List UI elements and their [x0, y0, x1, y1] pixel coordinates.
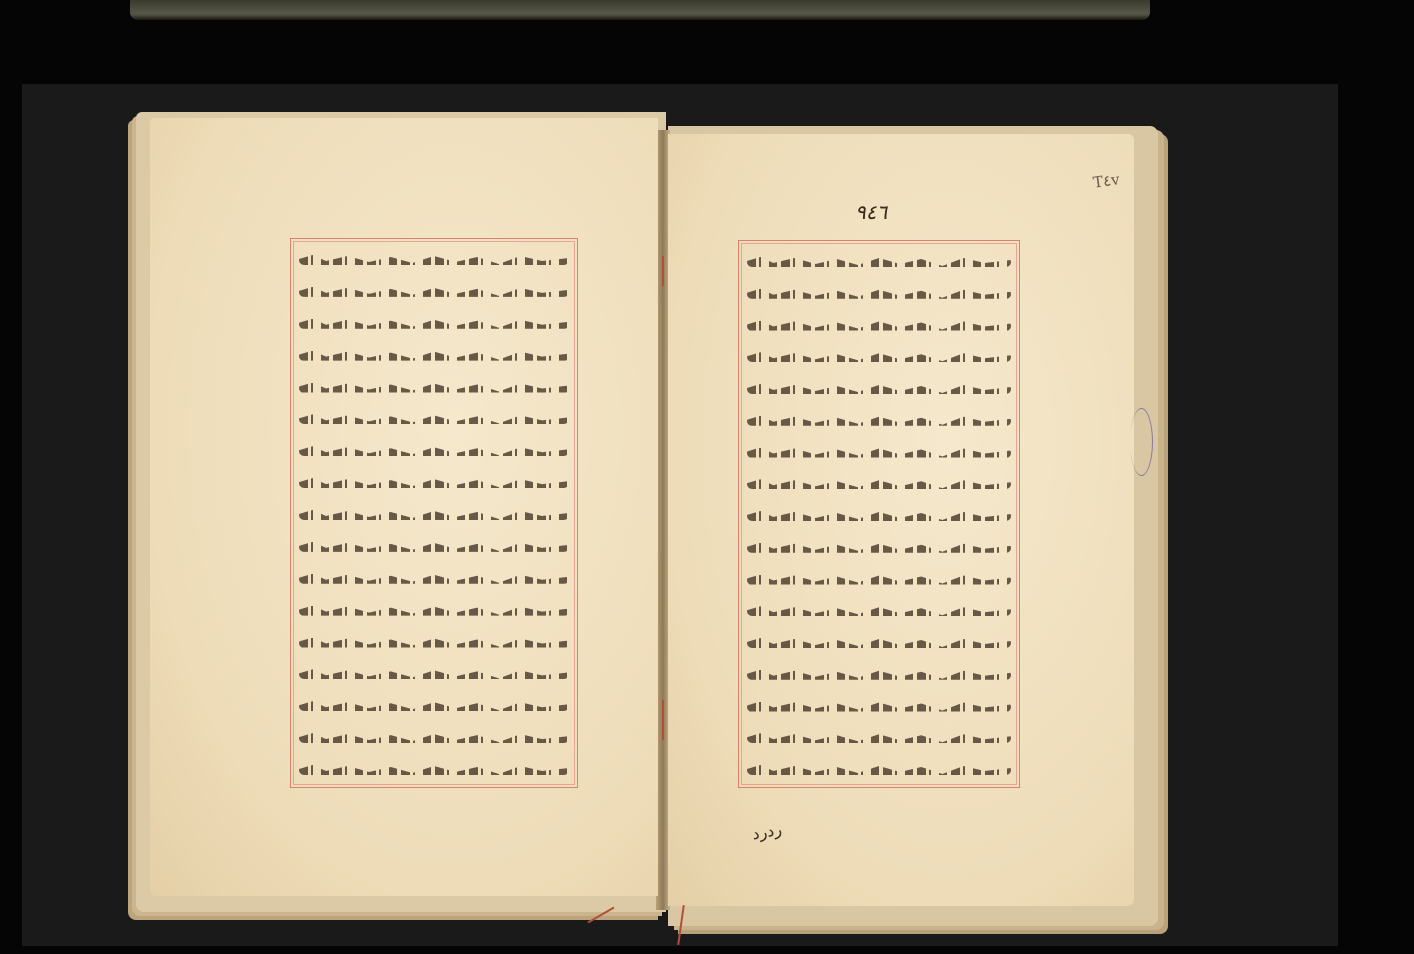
manuscript-line: 〰: [747, 436, 1011, 466]
manuscript-line: 〰: [299, 594, 569, 624]
manuscript-line: 〰: [747, 340, 1011, 370]
manuscript-line: 〰: [299, 434, 569, 464]
manuscript-line: 〰: [747, 309, 1011, 339]
manuscript-line: 〰: [299, 307, 569, 337]
left-text-frame: 〰〰〰〰〰〰〰〰〰〰〰〰〰〰〰〰〰: [290, 238, 578, 788]
manuscript-line: 〰: [299, 402, 569, 432]
manuscript-line: 〰: [747, 245, 1011, 275]
manuscript-line: 〰: [299, 243, 569, 273]
manuscript-line: 〰: [299, 371, 569, 401]
manuscript-line: 〰: [747, 467, 1011, 497]
manuscript-line: 〰: [299, 562, 569, 592]
manuscript-line: 〰: [747, 626, 1011, 656]
manuscript-line: 〰: [299, 657, 569, 687]
manuscript-line: 〰: [299, 753, 569, 783]
manuscript-line: 〰: [299, 498, 569, 528]
manuscript-line: 〰: [747, 721, 1011, 751]
manuscript-line: 〰: [299, 626, 569, 656]
manuscript-line: 〰: [747, 372, 1011, 402]
manuscript-line: 〰: [747, 531, 1011, 561]
manuscript-line: 〰: [299, 275, 569, 305]
manuscript-line: 〰: [299, 466, 569, 496]
manuscript-line: 〰: [747, 277, 1011, 307]
manuscript-line: 〰: [299, 339, 569, 369]
manuscript-line: 〰: [747, 594, 1011, 624]
top-film-strip: [130, 0, 1150, 20]
manuscript-line: 〰: [747, 563, 1011, 593]
folio-number: ٩٤٦: [855, 200, 887, 224]
manuscript-line: 〰: [299, 689, 569, 719]
corner-annotation: T٤v: [1092, 170, 1121, 192]
manuscript-line: 〰: [747, 753, 1011, 783]
manuscript-line: 〰: [299, 530, 569, 560]
right-text-frame: 〰〰〰〰〰〰〰〰〰〰〰〰〰〰〰〰〰: [738, 240, 1020, 788]
manuscript-line: 〰: [747, 658, 1011, 688]
manuscript-line: 〰: [299, 721, 569, 751]
binding-thread: [662, 256, 664, 286]
left-text-lines: 〰〰〰〰〰〰〰〰〰〰〰〰〰〰〰〰〰: [299, 243, 569, 783]
manuscript-line: 〰: [747, 690, 1011, 720]
manuscript-line: 〰: [747, 404, 1011, 434]
library-stamp: [1130, 408, 1153, 476]
manuscript-line: 〰: [747, 499, 1011, 529]
right-text-lines: 〰〰〰〰〰〰〰〰〰〰〰〰〰〰〰〰〰: [747, 245, 1011, 783]
binding-thread: [662, 700, 664, 740]
